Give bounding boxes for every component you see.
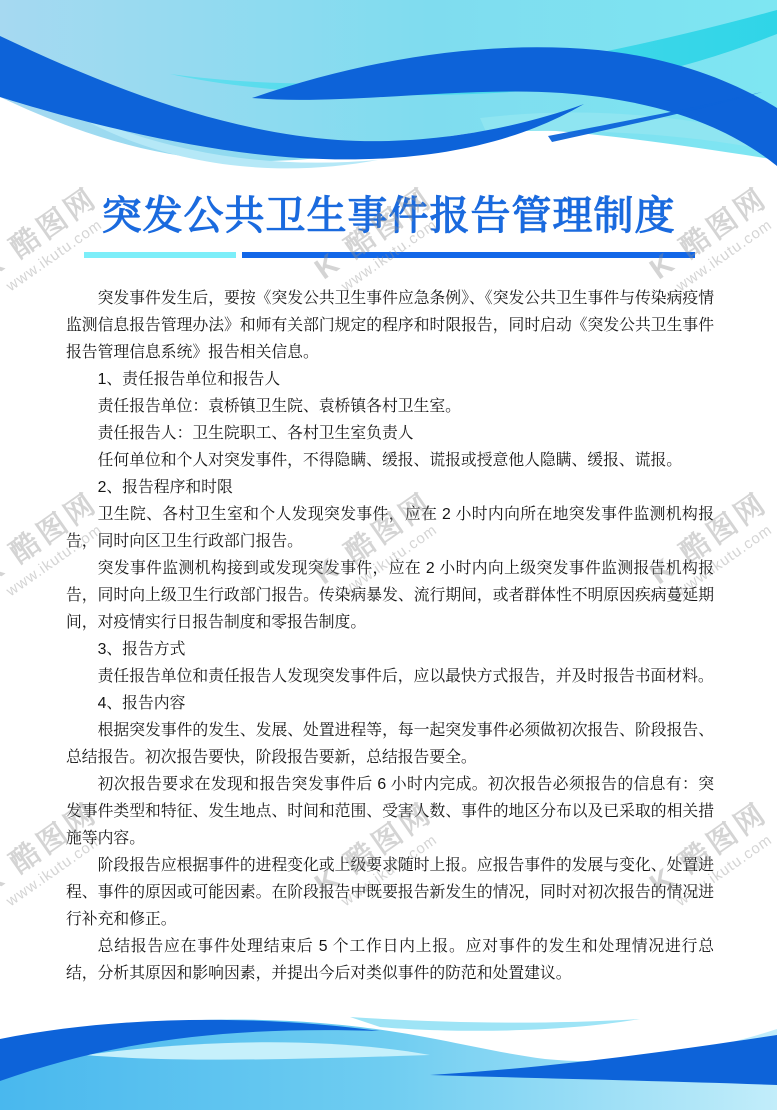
paragraph-summary-report: 总结报告应在事件处理结束后 5 个工作日内上报。应对事件的发生和处理情况进行总结… [66, 933, 714, 987]
bottom-wave-decoration [0, 1015, 777, 1110]
section-2-heading: 2、报告程序和时限 [66, 474, 714, 501]
section-3-heading: 3、报告方式 [66, 636, 714, 663]
paragraph-initial-report: 初次报告要求在发现和报告突发事件后 6 小时内完成。初次报告必须报告的信息有：突… [66, 771, 714, 852]
document-body: 突发事件发生后，要按《突发公共卫生事件应急条例》、《突发公共卫生事件与传染病疫情… [66, 285, 714, 987]
paragraph-report-method: 责任报告单位和责任报告人发现突发事件后，应以最快方式报告，并及时报告书面材料。 [66, 663, 714, 690]
intro-paragraph: 突发事件发生后，要按《突发公共卫生事件应急条例》、《突发公共卫生事件与传染病疫情… [66, 285, 714, 366]
paragraph-stage-report: 阶段报告应根据事件的进程变化或上级要求随时上报。应报告事件的发展与变化、处置进程… [66, 852, 714, 933]
paragraph-procedure-1: 卫生院、各村卫生室和个人发现突发事件，应在 2 小时内向所在地突发事件监测机构报… [66, 501, 714, 555]
section-1-heading: 1、责任报告单位和报告人 [66, 366, 714, 393]
poster-page: 突发公共卫生事件报告管理制度 突发事件发生后，要按《突发公共卫生事件应急条例》、… [0, 0, 777, 1110]
paragraph-responsible-unit: 责任报告单位：袁桥镇卫生院、袁桥镇各村卫生室。 [66, 393, 714, 420]
title-underline-blue [242, 252, 695, 258]
title-underline-cyan [84, 252, 236, 258]
top-wave-decoration [0, 0, 777, 170]
page-title: 突发公共卫生事件报告管理制度 [0, 184, 777, 241]
paragraph-no-concealment: 任何单位和个人对突发事件，不得隐瞒、缓报、谎报或授意他人隐瞒、缓报、谎报。 [66, 447, 714, 474]
section-4-heading: 4、报告内容 [66, 690, 714, 717]
paragraph-procedure-2: 突发事件监测机构接到或发现突发事件，应在 2 小时内向上级突发事件监测报告机构报… [66, 555, 714, 636]
paragraph-responsible-person: 责任报告人：卫生院职工、各村卫生室负责人 [66, 420, 714, 447]
paragraph-report-content: 根据突发事件的发生、发展、处置进程等，每一起突发事件必须做初次报告、阶段报告、总… [66, 717, 714, 771]
